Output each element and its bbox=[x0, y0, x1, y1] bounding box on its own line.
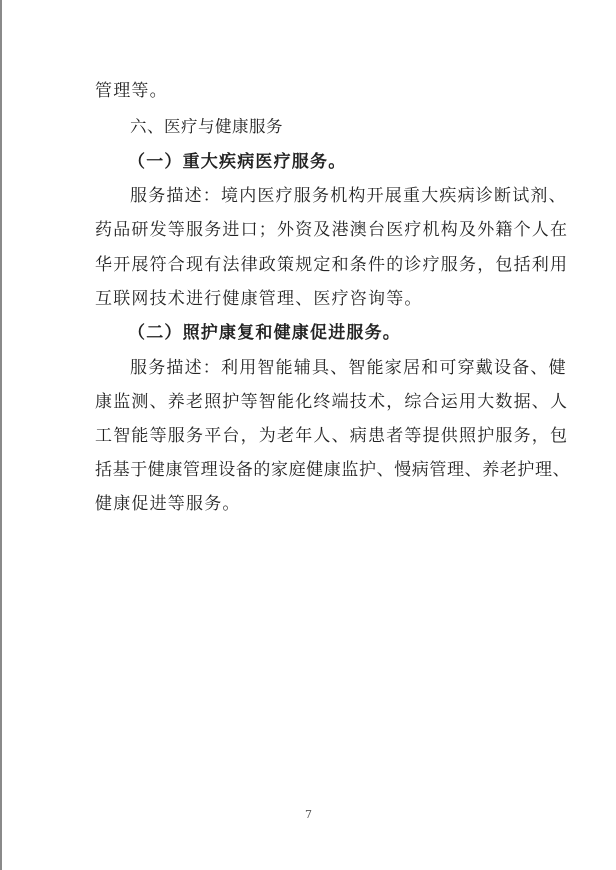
body-text-line: 管理等。 bbox=[95, 80, 168, 102]
body-text-line: 药品研发等服务进口；外资及港澳台医疗机构及外籍个人在 bbox=[95, 219, 568, 241]
body-text-line: 互联网技术进行健康管理、医疗咨询等。 bbox=[95, 288, 423, 310]
subsection-heading-2: （二）照护康复和健康促进服务。 bbox=[128, 322, 401, 344]
body-text-line: 康监测、养老照护等智能化终端技术，综合运用大数据、人 bbox=[95, 391, 568, 413]
page-left-border bbox=[0, 0, 2, 870]
section-heading: 六、医疗与健康服务 bbox=[130, 116, 283, 138]
subsection-heading-1: （一）重大疾病医疗服务。 bbox=[128, 151, 346, 173]
body-text-line: 括基于健康管理设备的家庭健康监护、慢病管理、养老护理、 bbox=[95, 459, 570, 481]
body-text-line: 健康促进等服务。 bbox=[95, 493, 241, 515]
body-text-line: 工智能等服务平台，为老年人、病患者等提供照护服务，包 bbox=[95, 425, 568, 447]
page-number: 7 bbox=[305, 808, 312, 821]
body-text-line: 服务描述：境内医疗服务机构开展重大疾病诊断试剂、 bbox=[130, 185, 567, 207]
body-text-line: 服务描述：利用智能辅具、智能家居和可穿戴设备、健 bbox=[130, 357, 567, 379]
body-text-line: 华开展符合现有法律政策规定和条件的诊疗服务，包括利用 bbox=[95, 254, 568, 276]
